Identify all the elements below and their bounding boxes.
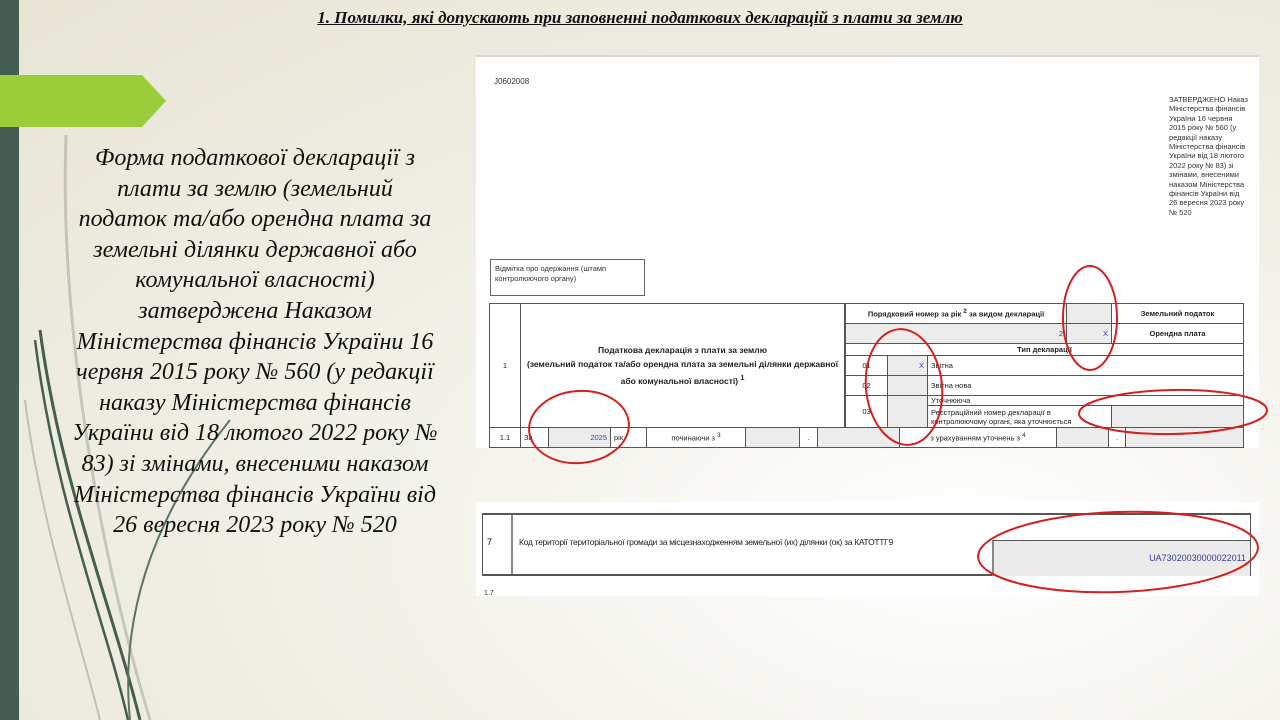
type-code-02: 02 — [846, 376, 888, 396]
declaration-title-table: 1 Податкова декларація з плати за землю … — [489, 303, 845, 428]
row-number-11: 1.1 — [490, 428, 521, 448]
seq-number-label: Порядковий номер за рік 2 за видом декла… — [846, 304, 1067, 324]
land-tax-checkbox[interactable] — [1067, 304, 1112, 324]
territory-code-screenshot: 7 Код території територіальної громади з… — [476, 502, 1259, 596]
slide-title: 1. Помилки, які допускають при заповненн… — [0, 8, 1280, 28]
type-checkbox-02[interactable] — [888, 376, 928, 396]
green-arrow-tab — [0, 75, 168, 127]
rent-label: Орендна плата — [1112, 324, 1244, 344]
date-separator: . — [800, 428, 818, 448]
declaration-form-screenshot: J0602008 ЗАТВЕРДЖЕНО Наказ Міністерства … — [476, 55, 1259, 448]
next-row-number: 1.7 — [484, 590, 494, 597]
reg-number-field[interactable] — [1112, 406, 1244, 428]
row-number-7: 7 — [483, 515, 513, 574]
starting-year-field[interactable] — [818, 428, 900, 448]
reg-number-label: Реєстраційний номер декларації в контрол… — [928, 406, 1112, 428]
type-checkbox-01[interactable]: X — [888, 356, 928, 376]
declaration-type-table: Порядковий номер за рік 2 за видом декла… — [845, 303, 1244, 428]
territory-code-field[interactable]: UA73020030000022011 — [992, 540, 1250, 576]
approval-note: ЗАТВЕРДЖЕНО Наказ Міністерства фінансів … — [1169, 95, 1249, 217]
stamp-box: Відмітка про одержання (штамп контролююч… — [490, 259, 645, 296]
type-code-01: 01 — [846, 356, 888, 376]
period-row-table: 1.1 За 2025 рік починаючи з 3 . з урахув… — [489, 427, 1244, 448]
year-label: рік — [611, 428, 647, 448]
type-label-02: Звітна нова — [928, 376, 1244, 396]
type-code-03: 03 — [846, 396, 888, 428]
declaration-title: Податкова декларація з плати за землю (з… — [521, 304, 845, 428]
type-label-01: Звітна — [928, 356, 1244, 376]
for-label: За — [521, 428, 549, 448]
rent-checkbox[interactable]: X — [1067, 324, 1112, 344]
land-tax-label: Земельний податок — [1112, 304, 1244, 324]
starting-month-field[interactable] — [746, 428, 800, 448]
date-separator-2: . — [1109, 428, 1126, 448]
body-text: Форма податкової декларації з плати за з… — [70, 143, 440, 541]
form-code: J0602008 — [494, 77, 529, 86]
territory-code-label: Код території територіальної громади за … — [519, 537, 893, 547]
type-label-03: Уточнююча — [928, 396, 1244, 406]
seq-number-value[interactable]: 2 — [846, 324, 1067, 344]
starting-label: починаючи з 3 — [647, 428, 746, 448]
clarif-year-field[interactable] — [1126, 428, 1244, 448]
year-field[interactable]: 2025 — [549, 428, 611, 448]
row-number: 1 — [490, 304, 521, 428]
territory-code-row: 7 Код території територіальної громади з… — [482, 513, 1251, 576]
clarif-month-field[interactable] — [1057, 428, 1109, 448]
clarif-label: з урахуванням уточнень з 4 — [900, 428, 1057, 448]
type-checkbox-03[interactable] — [888, 396, 928, 428]
decl-type-header: Тип декларації — [846, 344, 1244, 356]
